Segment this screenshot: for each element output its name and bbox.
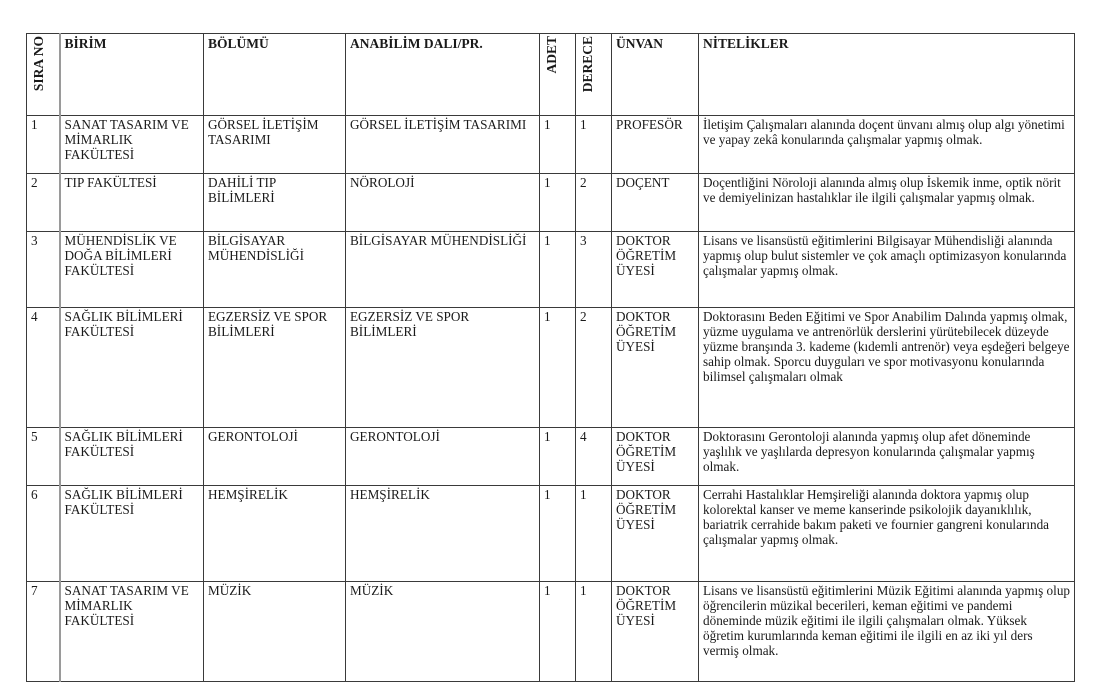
cell-adet: 1	[540, 174, 576, 232]
cell-bolumu: GERONTOLOJİ	[204, 428, 346, 486]
cell-sira-no: 5	[27, 428, 60, 486]
table-row: 6 SAĞLIK BİLİMLERİ FAKÜLTESİ HEMŞİRELİK …	[27, 486, 1075, 582]
cell-adet: 1	[540, 486, 576, 582]
cell-unvan: DOÇENT	[612, 174, 699, 232]
cell-adet: 1	[540, 308, 576, 428]
cell-derece: 4	[576, 428, 612, 486]
cell-adet: 1	[540, 116, 576, 174]
cell-nitelikler: Doktorasını Gerontoloji alanında yapmış …	[699, 428, 1075, 486]
header-bolumu: BÖLÜMÜ	[204, 34, 346, 116]
cell-unvan: DOKTOR ÖĞRETİM ÜYESİ	[612, 428, 699, 486]
header-sira-no: SIRA NO	[27, 34, 60, 116]
cell-unvan: DOKTOR ÖĞRETİM ÜYESİ	[612, 308, 699, 428]
cell-sira-no: 1	[27, 116, 60, 174]
cell-birim: SANAT TASARIM VE MİMARLIK FAKÜLTESİ	[60, 116, 204, 174]
cell-anabilim: GERONTOLOJİ	[346, 428, 540, 486]
table-row: 5 SAĞLIK BİLİMLERİ FAKÜLTESİ GERONTOLOJİ…	[27, 428, 1075, 486]
cell-nitelikler: Doçentliğini Nöroloji alanında almış olu…	[699, 174, 1075, 232]
cell-sira-no: 2	[27, 174, 60, 232]
cell-nitelikler: Lisans ve lisansüstü eğitimlerini Müzik …	[699, 582, 1075, 682]
cell-sira-no: 7	[27, 582, 60, 682]
cell-bolumu: HEMŞİRELİK	[204, 486, 346, 582]
cell-sira-no: 6	[27, 486, 60, 582]
table-row: 7 SANAT TASARIM VE MİMARLIK FAKÜLTESİ MÜ…	[27, 582, 1075, 682]
cell-anabilim: BİLGİSAYAR MÜHENDİSLİĞİ	[346, 232, 540, 308]
cell-anabilim: GÖRSEL İLETİŞİM TASARIMI	[346, 116, 540, 174]
cell-derece: 1	[576, 486, 612, 582]
cell-birim: SAĞLIK BİLİMLERİ FAKÜLTESİ	[60, 308, 204, 428]
cell-adet: 1	[540, 582, 576, 682]
cell-unvan: PROFESÖR	[612, 116, 699, 174]
cell-anabilim: MÜZİK	[346, 582, 540, 682]
cell-birim: MÜHENDİSLİK VE DOĞA BİLİMLERİ FAKÜLTESİ	[60, 232, 204, 308]
cell-derece: 1	[576, 582, 612, 682]
cell-sira-no: 3	[27, 232, 60, 308]
header-nitelikler: NİTELİKLER	[699, 34, 1075, 116]
cell-birim: SANAT TASARIM VE MİMARLIK FAKÜLTESİ	[60, 582, 204, 682]
cell-birim: TIP FAKÜLTESİ	[60, 174, 204, 232]
header-birim: BİRİM	[60, 34, 204, 116]
cell-nitelikler: Lisans ve lisansüstü eğitimlerini Bilgis…	[699, 232, 1075, 308]
header-derece: DERECE	[576, 34, 612, 116]
cell-bolumu: GÖRSEL İLETİŞİM TASARIMI	[204, 116, 346, 174]
header-adet: ADET	[540, 34, 576, 116]
table-row: 3 MÜHENDİSLİK VE DOĞA BİLİMLERİ FAKÜLTES…	[27, 232, 1075, 308]
cell-birim: SAĞLIK BİLİMLERİ FAKÜLTESİ	[60, 428, 204, 486]
table-row: 1 SANAT TASARIM VE MİMARLIK FAKÜLTESİ GÖ…	[27, 116, 1075, 174]
cell-unvan: DOKTOR ÖĞRETİM ÜYESİ	[612, 232, 699, 308]
cell-nitelikler: Doktorasını Beden Eğitimi ve Spor Anabil…	[699, 308, 1075, 428]
cell-adet: 1	[540, 232, 576, 308]
cell-nitelikler: Cerrahi Hastalıklar Hemşireliği alanında…	[699, 486, 1075, 582]
cell-derece: 2	[576, 174, 612, 232]
cell-derece: 1	[576, 116, 612, 174]
cell-unvan: DOKTOR ÖĞRETİM ÜYESİ	[612, 486, 699, 582]
cell-birim: SAĞLIK BİLİMLERİ FAKÜLTESİ	[60, 486, 204, 582]
cell-sira-no: 4	[27, 308, 60, 428]
cell-bolumu: MÜZİK	[204, 582, 346, 682]
cell-bolumu: BİLGİSAYAR MÜHENDİSLİĞİ	[204, 232, 346, 308]
header-anabilim: ANABİLİM DALI/PR.	[346, 34, 540, 116]
cell-anabilim: HEMŞİRELİK	[346, 486, 540, 582]
table-row: 2 TIP FAKÜLTESİ DAHİLİ TIP BİLİMLERİ NÖR…	[27, 174, 1075, 232]
faculty-positions-table: SIRA NO BİRİM BÖLÜMÜ ANABİLİM DALI/PR. A…	[26, 33, 1075, 682]
header-unvan: ÜNVAN	[612, 34, 699, 116]
cell-anabilim: EGZERSİZ VE SPOR BİLİMLERİ	[346, 308, 540, 428]
cell-anabilim: NÖROLOJİ	[346, 174, 540, 232]
cell-bolumu: EGZERSİZ VE SPOR BİLİMLERİ	[204, 308, 346, 428]
cell-derece: 3	[576, 232, 612, 308]
cell-unvan: DOKTOR ÖĞRETİM ÜYESİ	[612, 582, 699, 682]
cell-nitelikler: İletişim Çalışmaları alanında doçent ünv…	[699, 116, 1075, 174]
cell-bolumu: DAHİLİ TIP BİLİMLERİ	[204, 174, 346, 232]
header-row: SIRA NO BİRİM BÖLÜMÜ ANABİLİM DALI/PR. A…	[27, 34, 1075, 116]
cell-adet: 1	[540, 428, 576, 486]
cell-derece: 2	[576, 308, 612, 428]
table-row: 4 SAĞLIK BİLİMLERİ FAKÜLTESİ EGZERSİZ VE…	[27, 308, 1075, 428]
